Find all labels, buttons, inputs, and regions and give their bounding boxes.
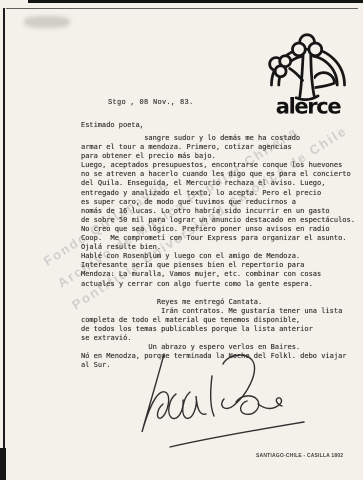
alerce-logo: alerce: [262, 32, 354, 121]
letter-date: Stgo , 08 Nov., 83.: [108, 99, 194, 107]
letter-body: sangre sudor y lo demás me ha costado ar…: [81, 134, 355, 370]
letter-salutation: Estimado poeta,: [81, 122, 144, 130]
scan-crease-line: [6, 8, 358, 9]
signature-scrawl-icon: [128, 352, 313, 452]
alerce-tree-icon: alerce: [262, 32, 354, 116]
letterhead-footer: SANTIAGO-CHILE - CASILLA 1802: [256, 453, 343, 459]
scanned-letter-page: Fondo Quilapayún Archivo de Música Popul…: [0, 0, 363, 480]
scan-edge-top: [28, 0, 363, 3]
signature: [128, 352, 313, 457]
logo-wordmark: alerce: [276, 94, 342, 116]
scan-edge-bottom-left: [0, 448, 6, 480]
scan-edge-left: [3, 8, 5, 480]
scan-smudge: [24, 16, 70, 28]
